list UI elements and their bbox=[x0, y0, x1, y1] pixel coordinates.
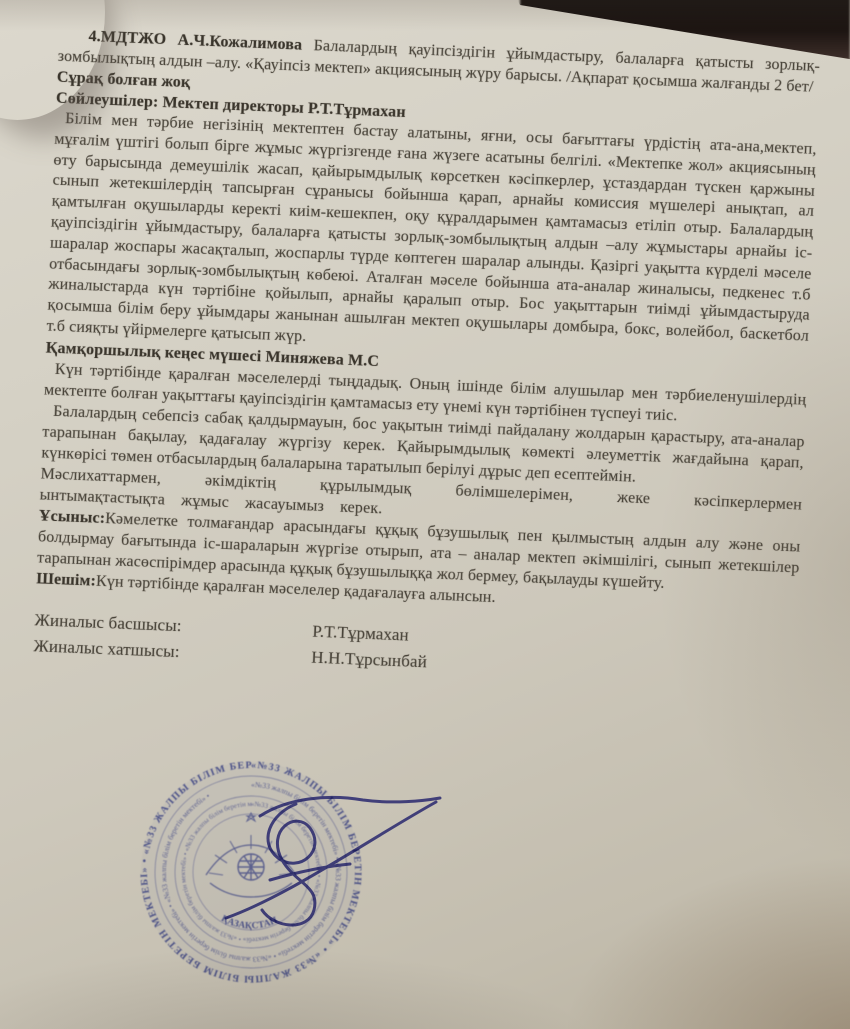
proposal-lead: Ұсыныс: bbox=[39, 507, 106, 527]
decision-lead: Шешім: bbox=[36, 570, 96, 589]
photographed-meeting-minutes: { "document": { "agenda_item": { "lead":… bbox=[0, 0, 850, 1029]
chairman-name: Р.Т.Тұрмахан bbox=[312, 618, 410, 648]
director-speech-paragraph: Білім мен тәрбие негізінің мектептен бас… bbox=[46, 109, 817, 369]
signature-block: Жиналыс басшысы: Р.Т.Тұрмахан Жиналыс ха… bbox=[33, 607, 796, 690]
secretary-name: Н.Н.Тұрсынбай bbox=[311, 644, 428, 675]
signature-ink-icon bbox=[178, 768, 518, 943]
